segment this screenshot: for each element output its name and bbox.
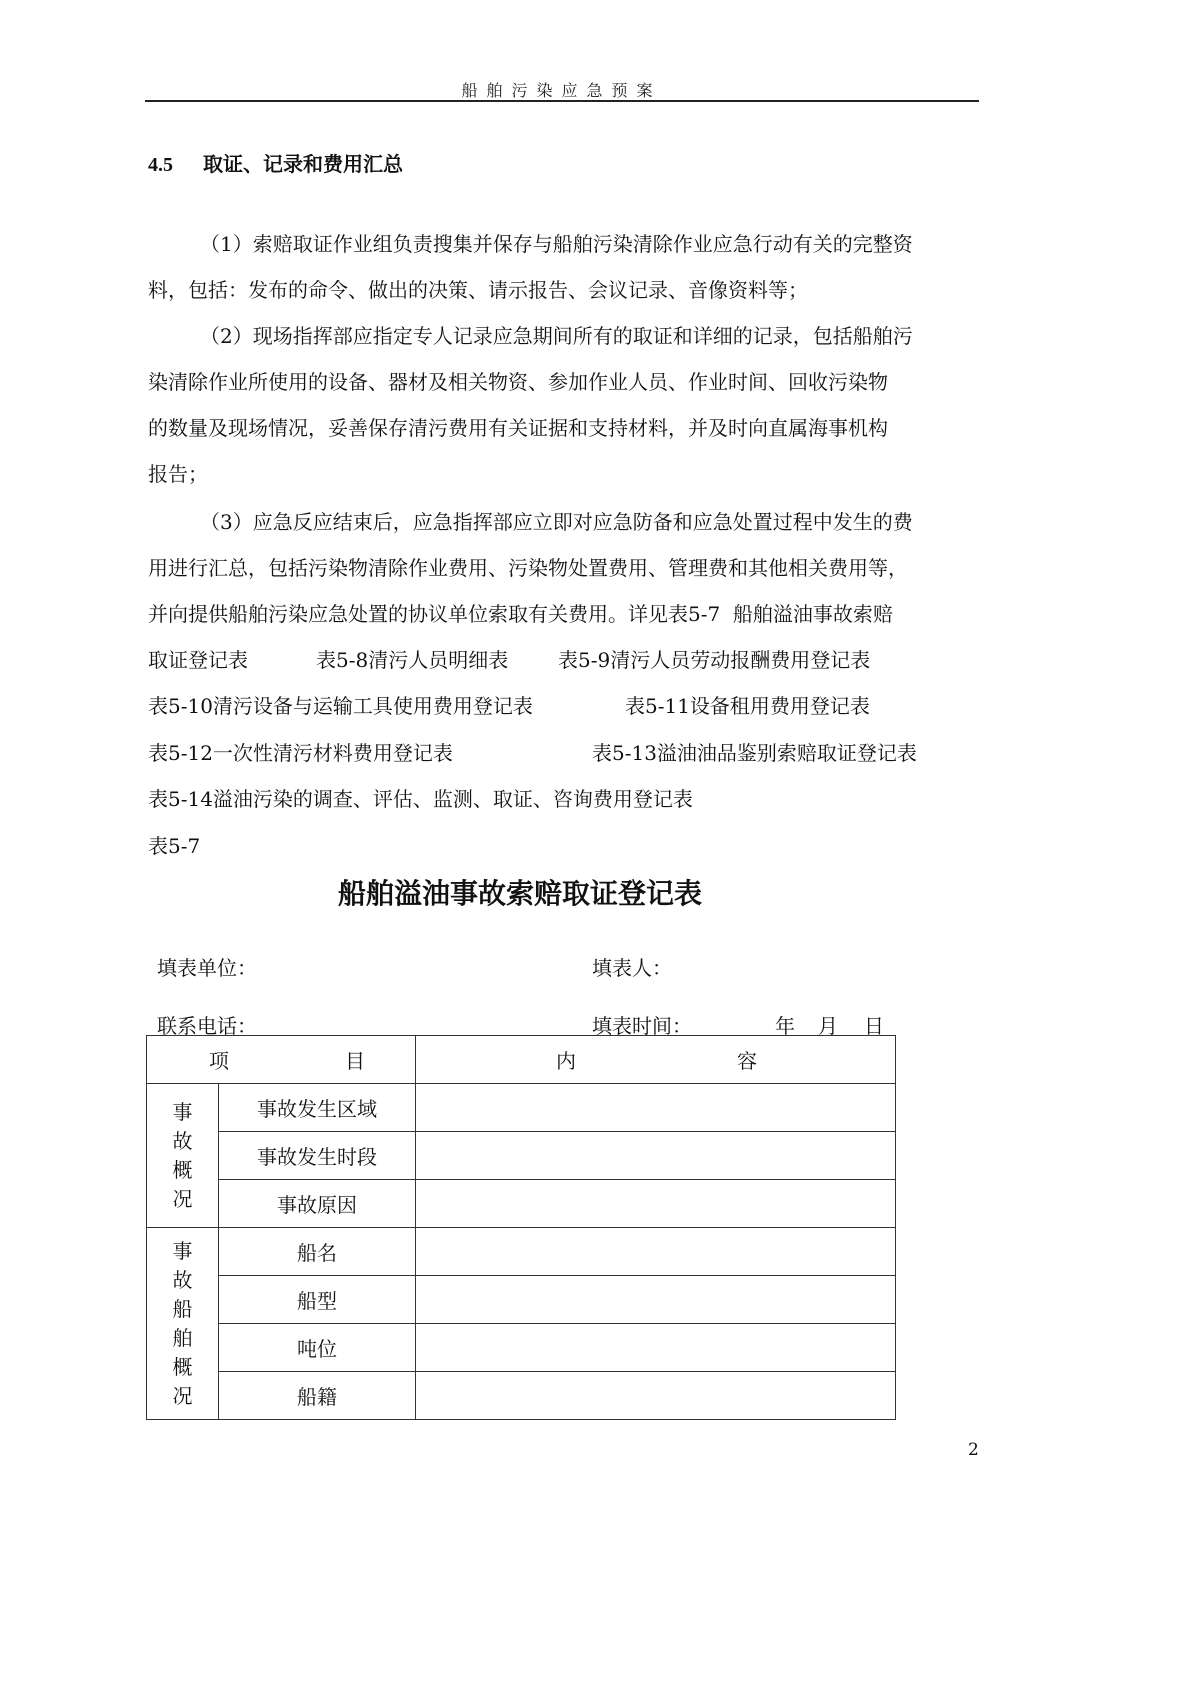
row-label: 船籍 <box>219 1372 416 1420</box>
paragraph-line: 用进行汇总，包括污染物清除作业费用、污染物处置费用、管理费和其他相关费用等， <box>148 552 908 581</box>
header-content: 内 容 <box>416 1036 896 1084</box>
form-title: 船舶溢油事故索赔取证登记表 <box>0 872 1040 912</box>
content-cell[interactable] <box>416 1276 896 1324</box>
table-row: 事故船舶概况 船名 <box>147 1228 896 1276</box>
paragraph-line: （3）应急反应结束后，应急指挥部应立即对应急防备和应急处置过程中发生的费 <box>200 506 913 535</box>
content-cell[interactable] <box>416 1324 896 1372</box>
row-label: 事故发生时段 <box>219 1132 416 1180</box>
paragraph-line: 报告； <box>148 458 208 487</box>
content-cell[interactable] <box>416 1084 896 1132</box>
group-ship-overview: 事故船舶概况 <box>147 1228 219 1420</box>
table-row: 事故原因 <box>147 1180 896 1228</box>
page-header-title: 船舶污染应急预案 <box>145 78 978 101</box>
content-cell[interactable] <box>416 1180 896 1228</box>
table-row: 事故概况 事故发生区域 <box>147 1084 896 1132</box>
row-label: 船型 <box>219 1276 416 1324</box>
table-ref: 表5-12一次性清污材料费用登记表 <box>148 737 453 766</box>
table-row: 船型 <box>147 1276 896 1324</box>
row-label: 吨位 <box>219 1324 416 1372</box>
row-label: 事故发生区域 <box>219 1084 416 1132</box>
section-title: 取证、记录和费用汇总 <box>203 152 403 176</box>
paragraph-line: （1）索赔取证作业组负责搜集并保存与船舶污染清除作业应急行动有关的完整资 <box>200 228 913 257</box>
section-heading: 4.5取证、记录和费用汇总 <box>148 148 403 177</box>
filler-label: 填表人： <box>592 952 672 981</box>
header-item: 项 目 <box>147 1036 416 1084</box>
table-row: 吨位 <box>147 1324 896 1372</box>
claim-form-table: 项 目 内 容 事故概况 事故发生区域 事故发生时段 事故原因 事故船舶概况 船… <box>146 1035 896 1420</box>
content-cell[interactable] <box>416 1228 896 1276</box>
paragraph-line: 染清除作业所使用的设备、器材及相关物资、参加作业人员、作业时间、回收污染物 <box>148 366 888 395</box>
table-ref: 取证登记表 <box>148 644 248 673</box>
table-ref: 表5-11设备租用费用登记表 <box>625 690 870 719</box>
table-row: 船籍 <box>147 1372 896 1420</box>
table-ref: 表5-10清污设备与运输工具使用费用登记表 <box>148 690 533 719</box>
table-ref: 表5-14溢油污染的调查、评估、监测、取证、咨询费用登记表 <box>148 783 693 812</box>
table-header-row: 项 目 内 容 <box>147 1036 896 1084</box>
row-label: 船名 <box>219 1228 416 1276</box>
table-ref: 表5-13溢油油品鉴别索赔取证登记表 <box>592 737 917 766</box>
content-cell[interactable] <box>416 1372 896 1420</box>
paragraph-line: 并向提供船舶污染应急处置的协议单位索取有关费用。详见表5-7 船舶溢油事故索赔 <box>148 598 893 627</box>
fill-unit-label: 填表单位： <box>157 952 257 981</box>
table-ref: 表5-8清污人员明细表 <box>316 644 508 673</box>
paragraph-line: 的数量及现场情况，妥善保存清污费用有关证据和支持材料，并及时向直属海事机构 <box>148 412 888 441</box>
table-ref: 表5-9清污人员劳动报酬费用登记表 <box>558 644 870 673</box>
page-number: 2 <box>968 1440 979 1460</box>
group-accident-overview: 事故概况 <box>147 1084 219 1228</box>
row-label: 事故原因 <box>219 1180 416 1228</box>
table-label: 表5-7 <box>148 830 200 859</box>
table-row: 事故发生时段 <box>147 1132 896 1180</box>
paragraph-line: 料，包括：发布的命令、做出的决策、请示报告、会议记录、音像资料等； <box>148 274 808 303</box>
section-number: 4.5 <box>148 154 203 177</box>
content-cell[interactable] <box>416 1132 896 1180</box>
paragraph-line: （2）现场指挥部应指定专人记录应急期间所有的取证和详细的记录，包括船舶污 <box>200 320 913 349</box>
header-rule <box>145 100 979 102</box>
